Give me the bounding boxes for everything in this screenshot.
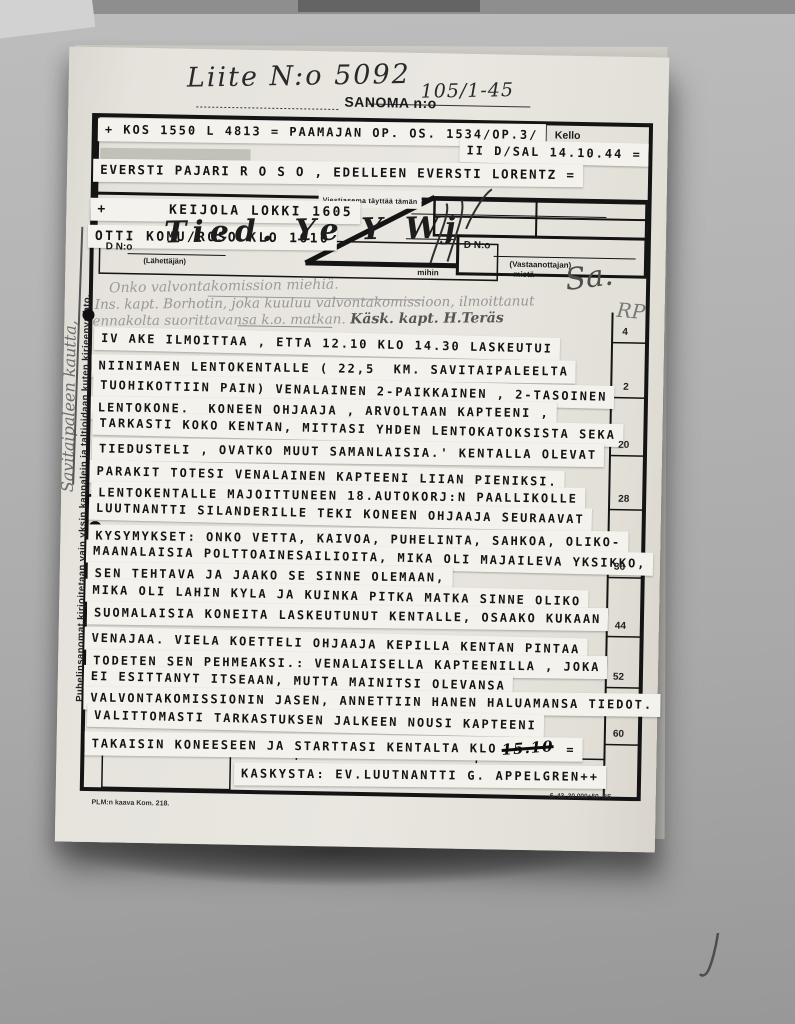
margin-number: 2 <box>623 382 629 393</box>
receiver-sublabel: (Vastaanottajan) <box>509 260 571 270</box>
kello-label: Kello <box>555 129 581 141</box>
body-line: TAKAISIN KONEESEEN JA STARTTASI KENTALTA… <box>92 736 498 755</box>
margin-number: 52 <box>613 672 624 683</box>
telegram-paper: Puhelinsanomat kirjoitetaan vain yksin k… <box>55 47 669 853</box>
mista-label: mistä <box>513 270 534 279</box>
form-code: PLM:n kaava Kom. 218. <box>91 799 169 807</box>
sender-sublabel: (Lähettäjän) <box>143 256 186 266</box>
margin-number: 44 <box>615 621 626 632</box>
margin-number: 36 <box>614 562 625 573</box>
telegram-line: KASKYSTA: EV.LUUTNANTTI G. APPELGREN++ <box>234 762 606 789</box>
pencil-note-3: ennakolta suorittavansa k.o. matkan. Käs… <box>92 309 503 330</box>
klo-time-corrected: 15.10 <box>501 737 554 759</box>
pencil-note-3b: Käsk. kapt. H.Teräs <box>350 310 504 327</box>
address-line: EVERSTI PAJARI R O S O , EDELLEEN EVERST… <box>100 162 576 182</box>
body-line: SUOMALAISIA KONEITA LASKEUTUNUT KENTALLE… <box>94 605 601 626</box>
sender-entry-handwriting: Tied. Ye Y Wj <box>164 211 462 251</box>
margin-number: 60 <box>613 729 624 740</box>
body-line: TIEDUSTELI , OVATKO MUUT SAMANLAISIA.' K… <box>99 441 597 462</box>
scan-top-dark-mark <box>298 0 480 12</box>
sanoma-number-handwriting: 105/1-45 <box>420 79 514 103</box>
dno-sender-label: D N:o <box>106 241 133 252</box>
kaskysta-line: KASKYSTA: EV.LUUTNANTTI G. APPELGREN++ <box>241 766 599 783</box>
scanned-telegram-photo: { "header": { "liite": "Liite N:o 5092",… <box>0 0 795 1024</box>
receiver-initials-handwriting: Sa. <box>563 257 615 298</box>
margin-number: 28 <box>618 494 629 505</box>
attachment-number-handwriting: Liite N:o 5092 <box>187 59 411 94</box>
dno-receiver-label: D N:o <box>464 240 491 251</box>
klo-suffix: = <box>566 743 575 757</box>
scan-corner-sliver <box>0 0 95 41</box>
mihin-label: mihin <box>417 268 439 277</box>
dsal-line: II D/SAL 14.10.44 = <box>466 143 642 161</box>
pen-hook-mark <box>690 925 740 985</box>
margin-number: 20 <box>618 440 629 451</box>
margin-number: 4 <box>622 327 628 338</box>
pencil-initials-rp: RP <box>616 298 647 324</box>
print-code: 6. 43. 30.000+50. RS <box>550 792 612 800</box>
